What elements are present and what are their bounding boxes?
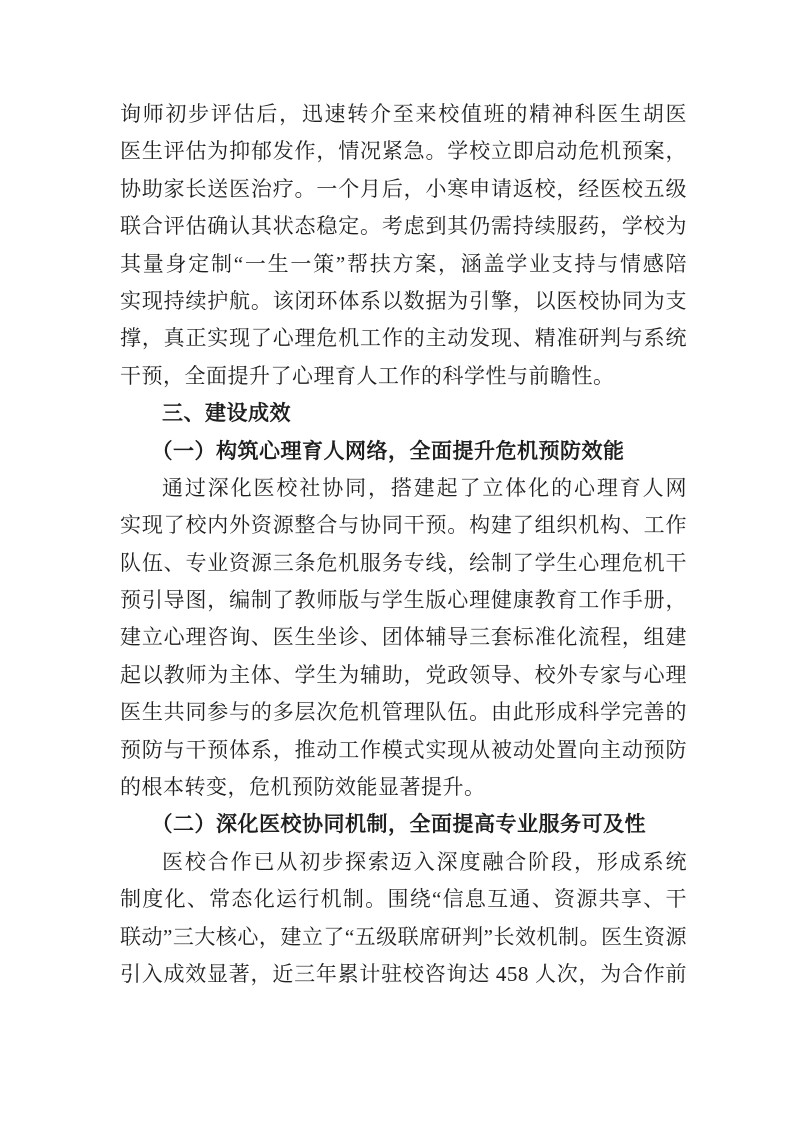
body-line: 干预，全面提升了心理育人工作的科学性与前瞻性。 bbox=[120, 358, 687, 395]
body-line: 实现了校内外资源整合与协同干预。构建了组织机构、工作 bbox=[120, 507, 687, 544]
body-line: 的根本转变，危机预防效能显著提升。 bbox=[120, 769, 687, 806]
body-line: 预引导图，编制了教师版与学生版心理健康教育工作手册， bbox=[120, 582, 687, 619]
body-line: 医校合作已从初步探索迈入深度融合阶段，形成系统化、 bbox=[120, 844, 687, 881]
subsection-heading: （一）构筑心理育人网络，全面提升危机预防效能 bbox=[120, 433, 687, 470]
subsection-heading: （二）深化医校协同机制，全面提高专业服务可及性 bbox=[120, 806, 687, 843]
body-line: 引入成效显著，近三年累计驻校咨询达 458 人次，为合作前 bbox=[120, 956, 687, 993]
body-line: 起以教师为主体、学生为辅助，党政领导、校外专家与心理 bbox=[120, 657, 687, 694]
text-block: 询师初步评估后，迅速转介至来校值班的精神科医生胡医生。 医生评估为抑郁发作，情况… bbox=[120, 96, 687, 993]
body-line: 撑，真正实现了心理危机工作的主动发现、精准研判与系统 bbox=[120, 320, 687, 357]
body-line: 通过深化医校社协同，搭建起了立体化的心理育人网络， bbox=[120, 470, 687, 507]
body-line: 询师初步评估后，迅速转介至来校值班的精神科医生胡医生。 bbox=[120, 96, 687, 133]
body-line: 队伍、专业资源三条危机服务专线，绘制了学生心理危机干 bbox=[120, 545, 687, 582]
document-page: 询师初步评估后，迅速转介至来校值班的精神科医生胡医生。 医生评估为抑郁发作，情况… bbox=[0, 0, 793, 1122]
body-line: 联动”三大核心，建立了“五级联席研判”长效机制。医生资源 bbox=[120, 919, 687, 956]
body-line: 实现持续护航。该闭环体系以数据为引擎，以医校协同为支 bbox=[120, 283, 687, 320]
body-line: 预防与干预体系，推动工作模式实现从被动处置向主动预防 bbox=[120, 732, 687, 769]
body-line: 联合评估确认其状态稳定。考虑到其仍需持续服药，学校为 bbox=[120, 208, 687, 245]
body-line: 医生评估为抑郁发作，情况紧急。学校立即启动危机预案， bbox=[120, 133, 687, 170]
body-line: 制度化、常态化运行机制。围绕“信息互通、资源共享、干预 bbox=[120, 881, 687, 918]
body-line: 其量身定制“一生一策”帮扶方案，涵盖学业支持与情感陪伴， bbox=[120, 246, 687, 283]
body-line: 建立心理咨询、医生坐诊、团体辅导三套标准化流程，组建 bbox=[120, 619, 687, 656]
body-line: 医生共同参与的多层次危机管理队伍。由此形成科学完善的 bbox=[120, 694, 687, 731]
body-line: 协助家长送医治疗。一个月后，小寒申请返校，经医校五级 bbox=[120, 171, 687, 208]
section-heading: 三、建设成效 bbox=[120, 395, 687, 432]
